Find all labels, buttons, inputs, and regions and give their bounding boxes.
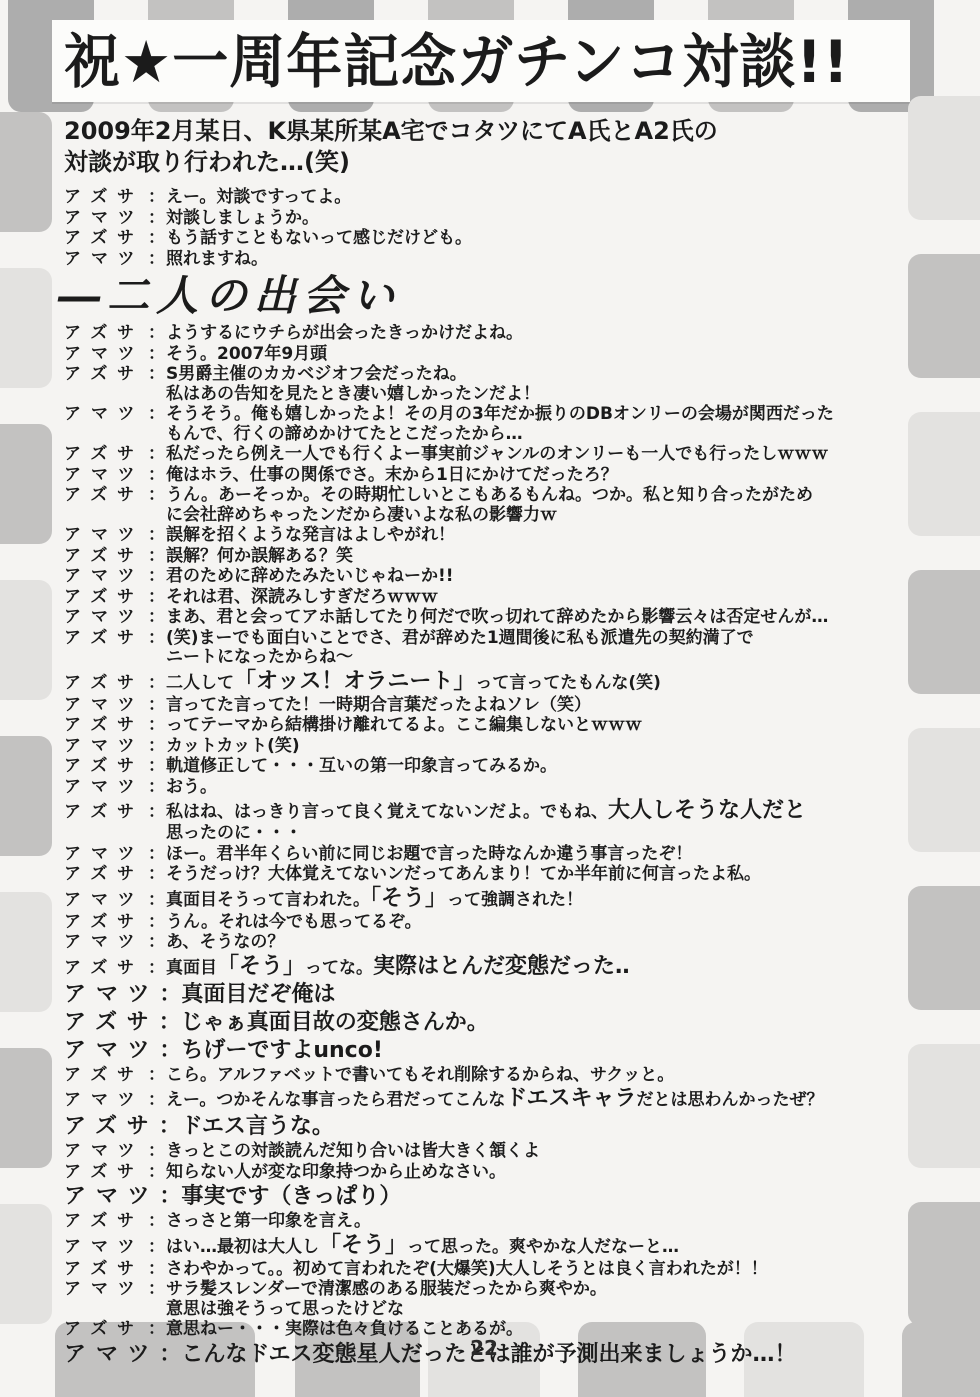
speaker-colon: ： [148, 365, 166, 385]
intro-text: 2009年2月某日、K県某所某A宅でコタツにてA氏とA2氏の 対談が取り行われた… [64, 116, 904, 178]
speaker-colon: ： [148, 250, 166, 270]
speaker-name: アズサ [64, 1066, 148, 1086]
border-tile [908, 570, 980, 694]
dialogue-line: アズサ：さわやかって。。初めて言われたぞ(大爆笑)大人しそうとは良く言われたが！… [64, 1260, 910, 1280]
dialogue-line: アマツ：そうそう。俺も嬉しかったよ！その月の3年だか振りのDBオンリーの会場が関… [64, 405, 910, 444]
speaker-name: アマツ [64, 778, 148, 798]
speaker-name: アズサ [64, 445, 148, 465]
dialogue-line: アマツ：まあ、君と会ってアホ話してたり何だで吹っ切れて辞めたから影響云々は否定せ… [64, 608, 910, 628]
border-tile [0, 580, 52, 700]
speaker-colon: ： [148, 188, 166, 208]
speaker-name: アズサ [64, 229, 148, 249]
speaker-name: アマツ [64, 345, 148, 365]
dialogue-text: 対談しましょうか。 [166, 209, 910, 229]
speaker-colon: ： [148, 959, 166, 979]
dialogue-text: そうそう。俺も嬉しかったよ！その月の3年だか振りのDBオンリーの会場が関西だった… [166, 405, 910, 444]
speaker-name: アズサ [64, 913, 148, 933]
speaker-name: アズサ [64, 486, 148, 506]
speaker-name: アズサ [64, 1212, 148, 1232]
scanned-page: 祝★一周年記念ガチンコ対談!! 2009年2月某日、K県某所某A宅でコタツにてA… [0, 0, 980, 1397]
speaker-name: アズサ [64, 1010, 159, 1036]
speaker-name: アズサ [64, 959, 148, 979]
dialogue-line: アズサ：こら。アルファベットで書いてもそれ削除するからね、サクッと。 [64, 1066, 910, 1086]
speaker-colon: ： [148, 608, 166, 628]
speaker-name: アマツ [64, 250, 148, 270]
speaker-name: アマツ [64, 567, 148, 587]
dialogue-text: えー。対談ですってよ。 [166, 188, 910, 208]
dialogue-text: ドエス言うな。 [181, 1114, 910, 1140]
speaker-name: アズサ [64, 188, 148, 208]
speaker-colon: ： [148, 486, 166, 506]
speaker-colon: ： [148, 629, 166, 649]
dialogue-line: アマツ：真面目だぞ俺は [64, 982, 910, 1008]
dialogue-line: アズサ：私だったら例え一人でも行くよー事実前ジャンルのオンリーも一人でも行ったし… [64, 445, 910, 465]
border-tile [908, 412, 980, 536]
border-tile [908, 254, 980, 378]
speaker-name: アズサ [64, 1260, 148, 1280]
speaker-colon: ： [148, 209, 166, 229]
speaker-name: アマツ [64, 405, 148, 425]
dialogue-line: アズサ：ドエス言うな。 [64, 1114, 910, 1140]
speaker-name: アマツ [64, 696, 148, 716]
border-tile [0, 424, 52, 544]
dialogue-text: 私はね、はっきり言って良く覚えてないンだよ。でもね、大人しそうな人だと 思ったの… [166, 798, 910, 844]
speaker-name: アマツ [64, 737, 148, 757]
dialogue-text: 俺はホラ、仕事の関係でさ。末から1日にかけてだったろ？ [166, 466, 910, 486]
speaker-name: アズサ [64, 1320, 148, 1340]
border-tile [0, 112, 52, 232]
speaker-colon: ： [148, 1212, 166, 1232]
speaker-colon: ： [148, 674, 166, 694]
dialogue-line: アマツ：事実です（きっぱり） [64, 1184, 910, 1210]
dialogue-text: 知らない人が変な印象持つから止めなさい。 [166, 1163, 910, 1183]
speaker-name: アズサ [64, 588, 148, 608]
dialogue-text: それは君、深読みしすぎだろｗｗｗ [166, 588, 910, 608]
dialogue-text: こんなドエス変態星人だったとは誰が予測出来ましょうか…！ [181, 1342, 910, 1368]
border-tile [902, 1322, 980, 1397]
dialogue-text: きっとこの対談読んだ知り合いは皆大きく頷くよ [166, 1142, 910, 1162]
border-tile [908, 96, 980, 220]
dialogue-list: アズサ：えー。対談ですってよ。アマツ：対談しましょうか。アズサ：もう話すこともな… [64, 188, 910, 1370]
dialogue-text: サラ髪スレンダーで清潔感のある服装だったから爽やか。 意思は強そうって思ったけど… [166, 1280, 910, 1319]
dialogue-text: 真面目「そう」ってな。実際はとんだ変態だった‥ [166, 954, 910, 980]
dialogue-text: はい…最初は大人し「そう」って思った。爽やかな人だなーと… [166, 1233, 910, 1259]
dialogue-line: アマツ：きっとこの対談読んだ知り合いは皆大きく頷くよ [64, 1142, 910, 1162]
dialogue-line: アズサ：じゃぁ真面目故の変態さんか。 [64, 1010, 910, 1036]
dialogue-text: 真面目そうって言われた。「そう」って強調された！ [166, 886, 910, 912]
dialogue-text: 私だったら例え一人でも行くよー事実前ジャンルのオンリーも一人でも行ったしｗｗｗ [166, 445, 910, 465]
dialogue-text: おう。 [166, 778, 910, 798]
speaker-colon: ： [148, 696, 166, 716]
speaker-name: アマツ [64, 526, 148, 546]
border-tile [908, 886, 980, 1010]
dialogue-line: アズサ：うん。あーそっか。その時期忙しいとこもあるもんね。つか。私と知り合ったが… [64, 486, 910, 525]
speaker-colon: ： [159, 1038, 181, 1064]
speaker-colon: ： [148, 757, 166, 777]
dialogue-line: アズサ：ようするにウチらが出会ったきっかけだよね。 [64, 324, 910, 344]
border-tile [908, 1044, 980, 1168]
dialogue-line: アズサ：二人して「オッス！オラニート」って言ってたもんな(笑) [64, 669, 910, 695]
dialogue-line: アズサ：軌道修正して・・・互いの第一印象言ってみるか。 [64, 757, 910, 777]
speaker-colon: ： [148, 803, 166, 823]
dialogue-text: ってテーマから結構掛け離れてるよ。ここ編集しないとｗｗｗ [166, 716, 910, 736]
dialogue-line: アズサ：えー。対談ですってよ。 [64, 188, 910, 208]
speaker-colon: ： [148, 891, 166, 911]
dialogue-text: S男爵主催のカカベジオフ会だったね。 私はあの告知を見たとき凄い嬉しかったンだよ… [166, 365, 910, 404]
speaker-colon: ： [148, 345, 166, 365]
speaker-name: アマツ [64, 1038, 159, 1064]
dialogue-line: アマツ：対談しましょうか。 [64, 209, 910, 229]
border-tile [0, 1048, 52, 1168]
dialogue-text: そうだっけ？大体覚えてないンだってあんまり！てか半年前に何言ったよ私。 [166, 865, 910, 885]
speaker-colon: ： [148, 778, 166, 798]
speaker-colon: ： [148, 1320, 166, 1340]
dialogue-text: ほー。君半年くらい前に同じお題で言った時なんか違う事言ったぞ！ [166, 845, 910, 865]
speaker-name: アマツ [64, 466, 148, 486]
speaker-colon: ： [148, 1260, 166, 1280]
speaker-name: アマツ [64, 608, 148, 628]
speaker-name: アマツ [64, 845, 148, 865]
dialogue-text: 誤解？何か誤解ある？笑 [166, 547, 910, 567]
speaker-colon: ： [148, 845, 166, 865]
speaker-colon: ： [148, 526, 166, 546]
dialogue-line: アマツ：誤解を招くような発言はよしやがれ！ [64, 526, 910, 546]
dialogue-line: アマツ：そう。2007年9月頭 [64, 345, 910, 365]
dialogue-line: アズサ：さっさと第一印象を言え。 [64, 1212, 910, 1232]
dialogue-text: えー。つかそんな事言ったら君だってこんなドエスキャラだとは思わんかったぜ？ [166, 1086, 910, 1112]
speaker-name: アズサ [64, 716, 148, 736]
speaker-name: アズサ [64, 803, 148, 823]
speaker-colon: ： [159, 1010, 181, 1036]
speaker-name: アマツ [64, 891, 148, 911]
dialogue-line: アマツ：真面目そうって言われた。「そう」って強調された！ [64, 886, 910, 912]
dialogue-text: うん。それは今でも思ってるぞ。 [166, 913, 910, 933]
speaker-colon: ： [148, 1163, 166, 1183]
dialogue-line: アズサ：(笑)まーでも面白いことでさ、君が辞めた1週間後に私も派遣先の契約満了で… [64, 629, 910, 668]
dialogue-text: 事実です（きっぱり） [181, 1184, 910, 1210]
dialogue-line: アズサ：S男爵主催のカカベジオフ会だったね。 私はあの告知を見たとき凄い嬉しかっ… [64, 365, 910, 404]
speaker-colon: ： [148, 865, 166, 885]
speaker-name: アマツ [64, 982, 159, 1008]
speaker-name: アズサ [64, 757, 148, 777]
border-tile [0, 1204, 52, 1324]
speaker-name: アズサ [64, 365, 148, 385]
dialogue-line: アマツ：ほー。君半年くらい前に同じお題で言った時なんか違う事言ったぞ！ [64, 845, 910, 865]
dialogue-line: アマツ：えー。つかそんな事言ったら君だってこんなドエスキャラだとは思わんかったぜ… [64, 1086, 910, 1112]
speaker-name: アズサ [64, 629, 148, 649]
speaker-name: アズサ [64, 1114, 159, 1140]
speaker-name: アマツ [64, 1238, 148, 1258]
dialogue-line: アズサ：私はね、はっきり言って良く覚えてないンだよ。でもね、大人しそうな人だと … [64, 798, 910, 844]
dialogue-text: 真面目だぞ俺は [181, 982, 910, 1008]
dialogue-line: アマツ：カットカット(笑) [64, 737, 910, 757]
speaker-name: アズサ [64, 865, 148, 885]
dialogue-line: アズサ：もう話すこともないって感じだけども。 [64, 229, 910, 249]
speaker-name: アマツ [64, 933, 148, 953]
dialogue-text: 君のために辞めたみたいじゃねーか!! [166, 567, 910, 587]
dialogue-line: アズサ：そうだっけ？大体覚えてないンだってあんまり！てか半年前に何言ったよ私。 [64, 865, 910, 885]
speaker-colon: ： [148, 405, 166, 425]
speaker-colon: ： [148, 933, 166, 953]
speaker-colon: ： [148, 1238, 166, 1258]
dialogue-text: (笑)まーでも面白いことでさ、君が辞めた1週間後に私も派遣先の契約満了で ニート… [166, 629, 910, 668]
speaker-name: アマツ [64, 1091, 148, 1111]
dialogue-text: さわやかって。。初めて言われたぞ(大爆笑)大人しそうとは良く言われたが！！ [166, 1260, 910, 1280]
page-title: 祝★一周年記念ガチンコ対談!! [64, 24, 904, 103]
speaker-name: アズサ [64, 324, 148, 344]
dialogue-text: じゃぁ真面目故の変態さんか。 [181, 1010, 910, 1036]
dialogue-text: さっさと第一印象を言え。 [166, 1212, 910, 1232]
speaker-colon: ： [159, 982, 181, 1008]
speaker-colon: ： [148, 1280, 166, 1300]
speaker-name: アズサ [64, 674, 148, 694]
dialogue-line: アズサ：うん。それは今でも思ってるぞ。 [64, 913, 910, 933]
dialogue-line: アズサ：知らない人が変な印象持つから止めなさい。 [64, 1163, 910, 1183]
speaker-colon: ： [148, 547, 166, 567]
dialogue-text: 軌道修正して・・・互いの第一印象言ってみるか。 [166, 757, 910, 777]
dialogue-text: ちげーですよunco! [181, 1038, 910, 1064]
dialogue-line: アマツ：おう。 [64, 778, 910, 798]
dialogue-text: あ、そうなの？ [166, 933, 910, 953]
border-tile [0, 268, 52, 388]
border-tile [908, 1202, 980, 1326]
speaker-colon: ： [148, 913, 166, 933]
border-tile [0, 892, 52, 1012]
dialogue-line: アマツ：言ってた言ってた！一時期合言葉だったよねソレ（笑） [64, 696, 910, 716]
dialogue-line: アマツ：君のために辞めたみたいじゃねーか!! [64, 567, 910, 587]
dialogue-line: アズサ：それは君、深読みしすぎだろｗｗｗ [64, 588, 910, 608]
speaker-colon: ： [159, 1184, 181, 1210]
dialogue-text: 言ってた言ってた！一時期合言葉だったよねソレ（笑） [166, 696, 910, 716]
speaker-colon: ： [148, 737, 166, 757]
border-tile [0, 736, 52, 856]
speaker-name: アマツ [64, 1184, 159, 1210]
dialogue-line: アズサ：ってテーマから結構掛け離れてるよ。ここ編集しないとｗｗｗ [64, 716, 910, 736]
speaker-name: アマツ [64, 1342, 159, 1368]
dialogue-line: アマツ：ちげーですよunco! [64, 1038, 910, 1064]
border-tile [908, 728, 980, 852]
dialogue-text: 二人して「オッス！オラニート」って言ってたもんな(笑) [166, 669, 910, 695]
dialogue-line: アマツ：照れますね。 [64, 250, 910, 270]
dialogue-text: カットカット(笑) [166, 737, 910, 757]
speaker-name: アマツ [64, 1280, 148, 1300]
speaker-colon: ： [148, 445, 166, 465]
section-heading: ―二人の出会い [58, 271, 910, 321]
dialogue-text: ようするにウチらが出会ったきっかけだよね。 [166, 324, 910, 344]
dialogue-text: こら。アルファベットで書いてもそれ削除するからね、サクッと。 [166, 1066, 910, 1086]
dialogue-line: アマツ：俺はホラ、仕事の関係でさ。末から1日にかけてだったろ？ [64, 466, 910, 486]
speaker-colon: ： [148, 716, 166, 736]
dialogue-text: 照れますね。 [166, 250, 910, 270]
speaker-colon: ： [148, 1066, 166, 1086]
speaker-colon: ： [148, 1091, 166, 1111]
dialogue-line: アマツ：あ、そうなの？ [64, 933, 910, 953]
dialogue-text: うん。あーそっか。その時期忙しいとこもあるもんね。つか。私と知り合ったがため に… [166, 486, 910, 525]
speaker-colon: ： [159, 1114, 181, 1140]
speaker-name: アズサ [64, 547, 148, 567]
speaker-name: アマツ [64, 209, 148, 229]
speaker-colon: ： [148, 1142, 166, 1162]
dialogue-line: アズサ：誤解？何か誤解ある？笑 [64, 547, 910, 567]
dialogue-line: アマツ：はい…最初は大人し「そう」って思った。爽やかな人だなーと… [64, 1233, 910, 1259]
speaker-colon: ： [148, 567, 166, 587]
speaker-name: アズサ [64, 1163, 148, 1183]
speaker-colon: ： [148, 588, 166, 608]
speaker-colon: ： [159, 1342, 181, 1368]
dialogue-line: アマツ：サラ髪スレンダーで清潔感のある服装だったから爽やか。 意思は強そうって思… [64, 1280, 910, 1319]
dialogue-text: まあ、君と会ってアホ話してたり何だで吹っ切れて辞めたから影響云々は否定せんが… [166, 608, 910, 628]
dialogue-line: アズサ：真面目「そう」ってな。実際はとんだ変態だった‥ [64, 954, 910, 980]
speaker-colon: ： [148, 324, 166, 344]
speaker-colon: ： [148, 466, 166, 486]
page-number: 22 [428, 1336, 540, 1360]
speaker-name: アマツ [64, 1142, 148, 1162]
speaker-colon: ： [148, 229, 166, 249]
dialogue-text: 誤解を招くような発言はよしやがれ！ [166, 526, 910, 546]
dialogue-text: もう話すこともないって感じだけども。 [166, 229, 910, 249]
dialogue-text: そう。2007年9月頭 [166, 345, 910, 365]
